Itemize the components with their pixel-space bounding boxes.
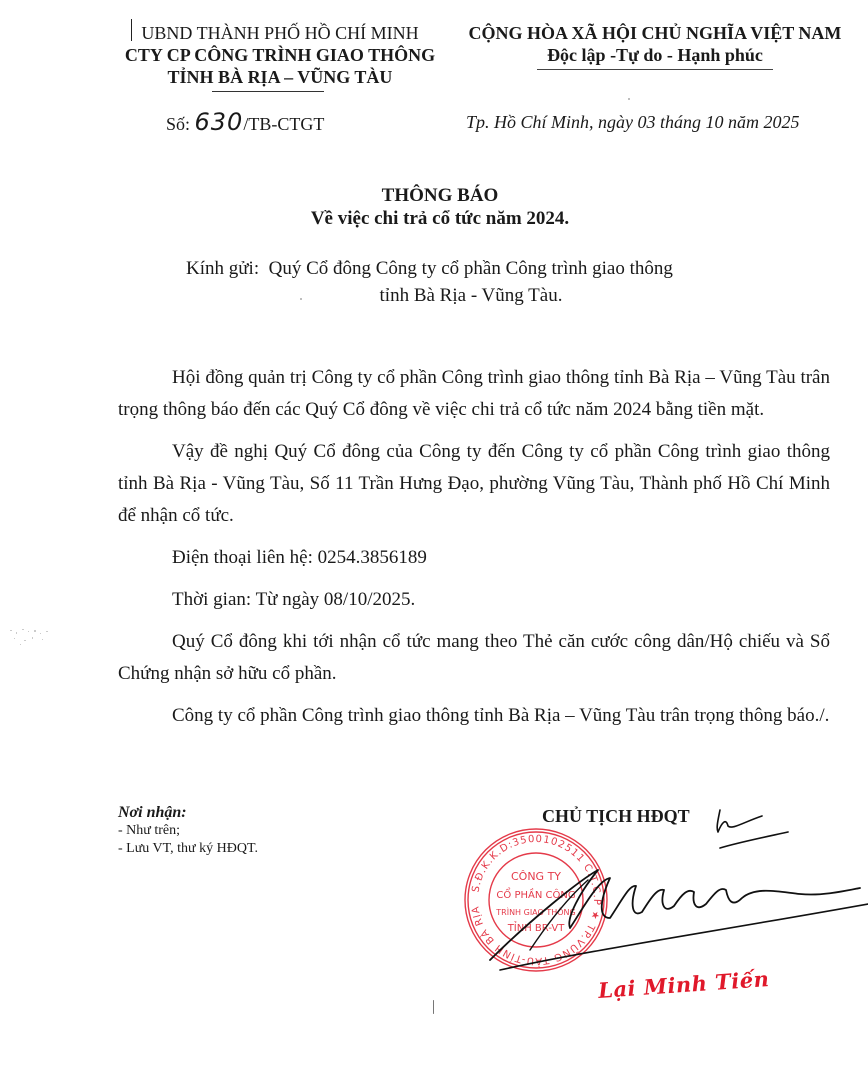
text-cursor-mark (131, 19, 132, 41)
scan-artifact (628, 98, 630, 100)
paragraph-location: Vậy đề nghị Quý Cổ đông của Công ty đến … (118, 436, 830, 532)
scan-artifact (2, 622, 62, 652)
addressee-label: Kính gửi: (186, 258, 259, 279)
scan-artifact (433, 1000, 434, 1014)
document-title: THÔNG BÁO (6, 184, 868, 207)
document-title-block: THÔNG BÁO Về việc chi trả cổ tức năm 202… (6, 184, 868, 230)
addressee-line1: Quý Cổ đông Công ty cổ phần Công trình g… (269, 258, 673, 279)
issuing-authority: UBND THÀNH PHỐ HỒ CHÍ MINH (120, 22, 440, 44)
receivers-list: Nơi nhận: - Như trên; - Lưu VT, thư ký H… (118, 803, 258, 858)
company-name-line1: CTY CP CÔNG TRÌNH GIAO THÔNG (120, 44, 440, 66)
paragraph-time: Thời gian: Từ ngày 08/10/2025. (118, 584, 830, 616)
national-motto: Độc lập -Tự do - Hạnh phúc (446, 44, 864, 66)
header-left-divider (212, 91, 324, 92)
header-right-divider (537, 69, 773, 70)
handwritten-number: 630 (195, 108, 244, 136)
scan-artifact (300, 298, 302, 300)
receiver-item: - Như trên; (118, 822, 258, 840)
national-header: CỘNG HÒA XÃ HỘI CHỦ NGHĨA VIỆT NAM Độc l… (446, 22, 864, 70)
document-number: Số: 630/TB-CTGT (166, 110, 324, 136)
document-subtitle: Về việc chi trả cổ tức năm 2024. (6, 207, 868, 230)
document-date: Tp. Hồ Chí Minh, ngày 03 tháng 10 năm 20… (466, 110, 800, 134)
national-title: CỘNG HÒA XÃ HỘI CHỦ NGHĨA VIỆT NAM (446, 22, 864, 44)
paragraph-phone: Điện thoại liên hệ: 0254.3856189 (118, 542, 830, 574)
paragraph-announcement: Hội đồng quản trị Công ty cổ phần Công t… (118, 362, 830, 426)
notice-body: Hội đồng quản trị Công ty cổ phần Công t… (118, 362, 830, 742)
receiver-item: - Lưu VT, thư ký HĐQT. (118, 840, 258, 858)
handwritten-signature-icon (470, 800, 868, 1000)
paragraph-requirements: Quý Cổ đông khi tới nhận cổ tức mang the… (118, 626, 830, 690)
addressee-line2: tỉnh Bà Rịa - Vũng Tàu. (186, 282, 746, 309)
addressee-block: Kính gửi: Quý Cổ đông Công ty cổ phần Cô… (186, 255, 746, 309)
receivers-heading: Nơi nhận: (118, 803, 258, 822)
company-name-line2: TỈNH BÀ RỊA – VŨNG TÀU (120, 66, 440, 88)
paragraph-closing: Công ty cổ phần Công trình giao thông tỉ… (118, 700, 830, 732)
issuer-header: UBND THÀNH PHỐ HỒ CHÍ MINH CTY CP CÔNG T… (120, 22, 440, 92)
